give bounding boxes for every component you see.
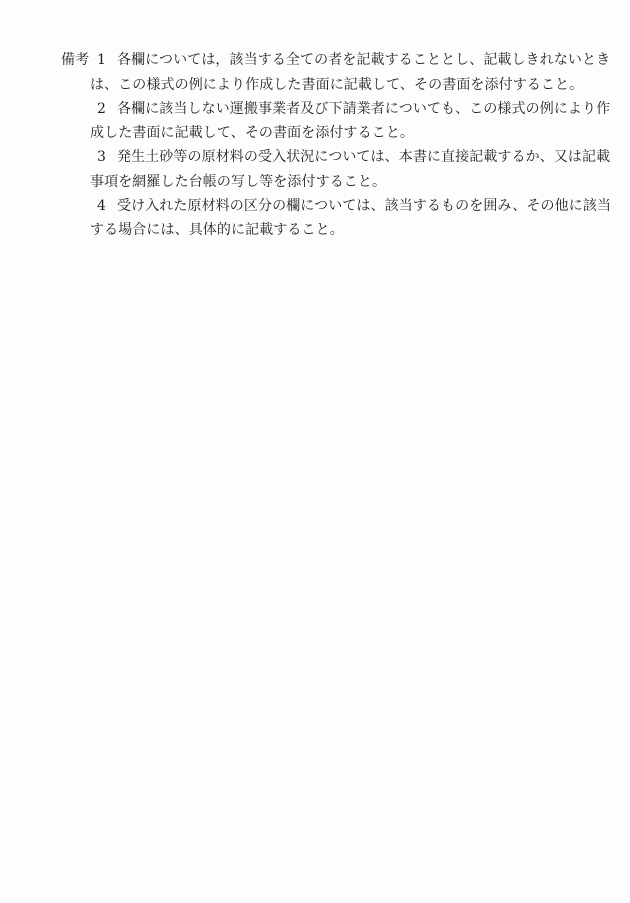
remarks-label: 備考 bbox=[61, 52, 89, 69]
remark-item-1-number: 1 bbox=[97, 52, 106, 69]
remark-item-2-number: 2 bbox=[97, 101, 106, 118]
remark-item-1-line-2: は、この様式の例により作成した書面に記載して、その書面を添付すること。 bbox=[90, 77, 583, 94]
remark-item-2-line-2: 成した書面に記載して、その書面を添付すること。 bbox=[90, 125, 414, 142]
remark-item-2-line-1: 各欄に該当しない運搬事業者及び下請業者についても、この様式の例により作 bbox=[117, 101, 610, 118]
remark-item-3-line-2: 事項を網羅した台帳の写し等を添付すること。 bbox=[90, 174, 386, 191]
remark-item-3-line-1: 発生土砂等の原材料の受入状況については、本書に直接記載するか、又は記載 bbox=[117, 149, 610, 166]
remark-item-4-line-1: 受け入れた原材料の区分の欄については、該当するものを囲み、その他に該当 bbox=[117, 198, 611, 215]
remark-item-4-number: 4 bbox=[97, 198, 106, 215]
remark-item-4-line-2: する場合には、具体的に記載すること。 bbox=[90, 222, 344, 239]
remark-item-1-line-1: 各欄については，該当する全ての者を記載することとし、記載しきれないとき bbox=[117, 52, 610, 69]
remark-item-3-number: 3 bbox=[97, 149, 106, 166]
document-page: 備考 1 各欄については，該当する全ての者を記載することとし、記載しきれないとき… bbox=[0, 0, 630, 903]
